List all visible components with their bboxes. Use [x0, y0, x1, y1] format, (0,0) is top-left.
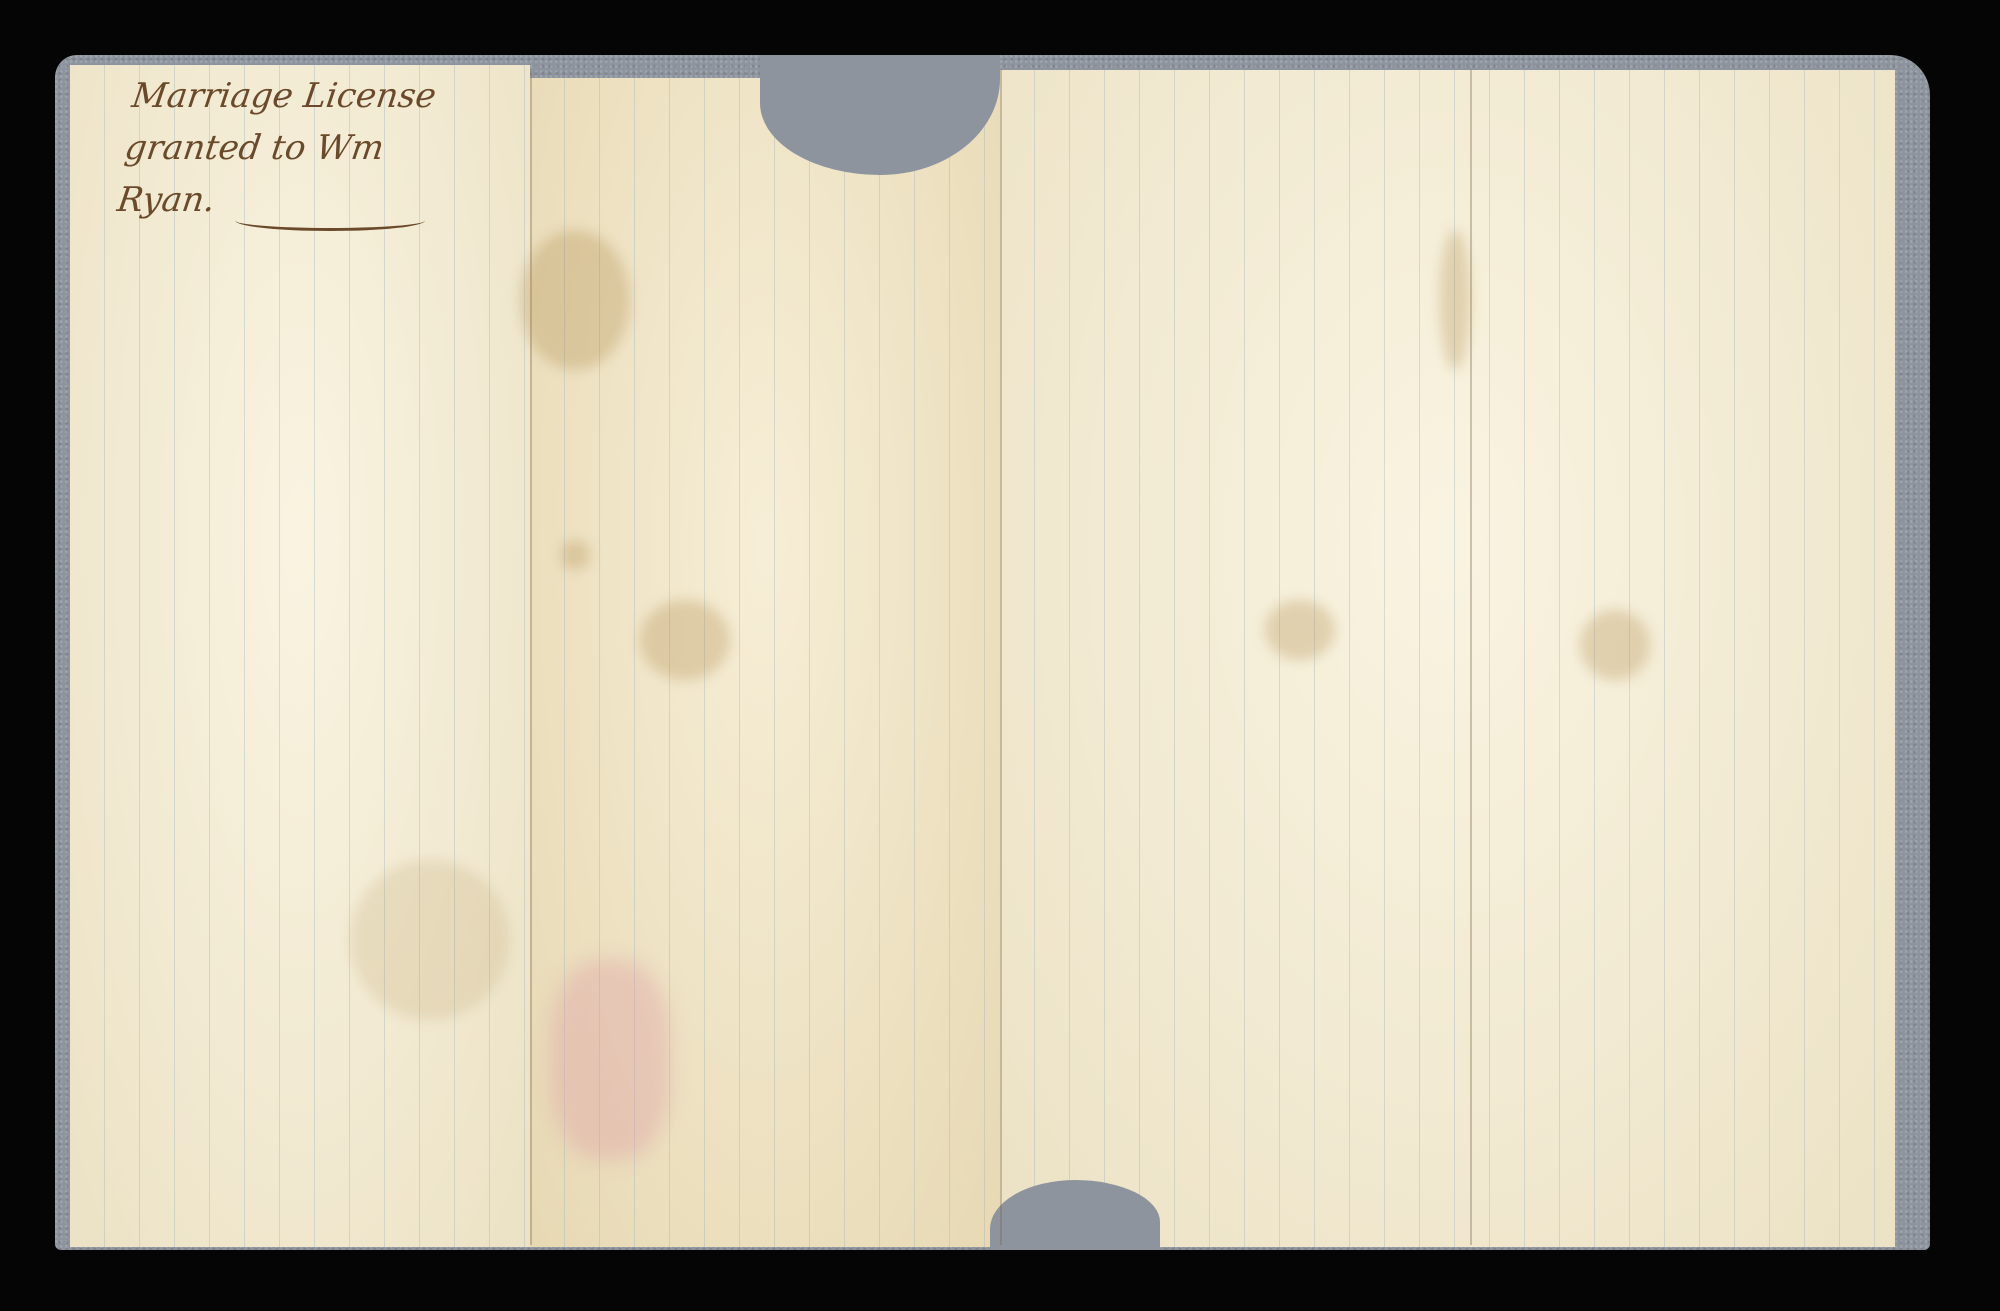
fold-line: [1000, 70, 1002, 1245]
fold-line: [530, 70, 532, 1245]
document-panel-left: [70, 65, 530, 1247]
pen-flourish: [235, 210, 425, 231]
annotation-line: Marriage License: [129, 70, 440, 122]
annotation-line: granted to Wm: [121, 122, 432, 174]
water-stain: [1265, 600, 1335, 660]
water-stain: [350, 860, 510, 1020]
fold-line: [1470, 70, 1472, 1245]
pink-stain: [550, 960, 670, 1160]
water-stain: [520, 230, 630, 370]
water-stain: [1580, 610, 1650, 680]
water-stain: [1440, 230, 1470, 370]
handwritten-annotation: Marriage License granted to Wm Ryan.: [114, 70, 439, 226]
water-stain: [560, 540, 590, 570]
water-stain: [640, 600, 730, 680]
